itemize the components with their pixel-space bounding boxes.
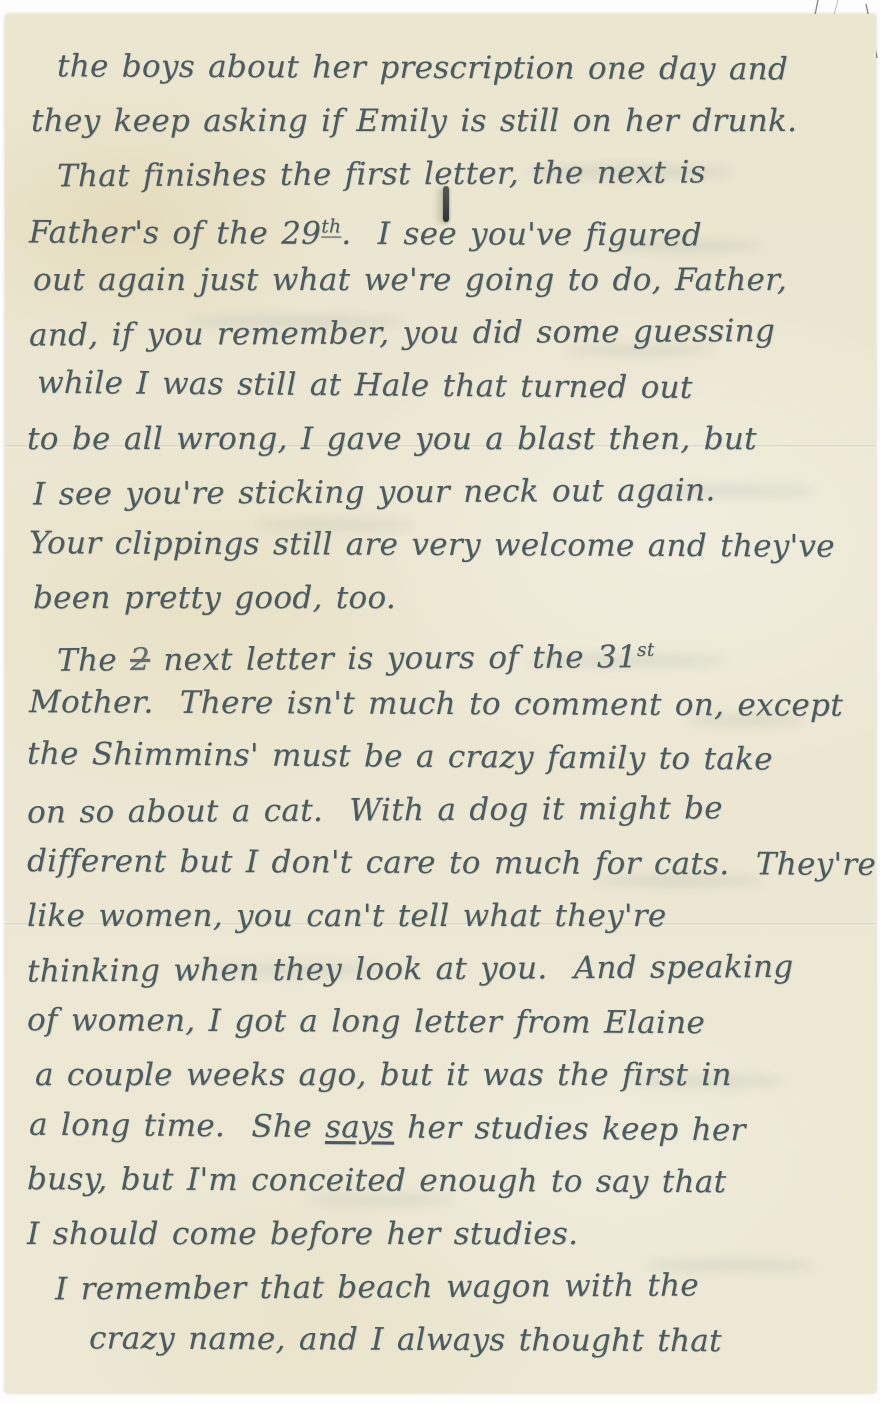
- letter-text-segment: 2: [130, 642, 150, 678]
- letter-line: they keep asking if Emily is still on he…: [27, 95, 869, 148]
- letter-text-segment: thinking when they look at you. And spea…: [27, 949, 794, 990]
- letter-text-segment: says: [325, 1109, 394, 1146]
- letter-line: I should come before her studies.: [27, 1208, 869, 1261]
- letter-line: on so about a cat. With a dog it might b…: [27, 781, 869, 839]
- letter-line: a long time. She says her studies keep h…: [27, 1099, 869, 1159]
- letter-line: busy, but I'm conceited enough to say th…: [27, 1153, 869, 1210]
- letter-line: I remember that beach wagon with the: [27, 1258, 869, 1316]
- letter-line: the boys about her prescription one day …: [27, 40, 869, 97]
- letter-line: and, if you remember, you did some guess…: [27, 304, 869, 362]
- letter-line: Your clippings still are very welcome an…: [27, 517, 869, 574]
- letter-page: the boys about her prescription one day …: [5, 14, 876, 1393]
- letter-text-segment: the Shimmins' must be a crazy family to …: [27, 736, 773, 778]
- letter-text-segment: Father's of the 29: [29, 215, 321, 252]
- letter-text-segment: Your clippings still are very welcome an…: [29, 525, 835, 565]
- letter-line: of women, I got a long letter from Elain…: [27, 994, 869, 1051]
- letter-lines: the boys about her prescription one day …: [27, 42, 869, 1367]
- letter-line: I see you're sticking your neck out agai…: [27, 463, 869, 521]
- letter-text-segment: to be all wrong, I gave you a blast then…: [27, 421, 757, 457]
- letter-text-segment: st: [637, 640, 655, 661]
- letter-line: the Shimmins' must be a crazy family to …: [27, 728, 869, 788]
- letter-line: That finishes the first letter, the next…: [27, 145, 869, 203]
- letter-line: a couple weeks ago, but it was the first…: [27, 1049, 869, 1102]
- letter-line: The 2 next letter is yours of the 31st: [27, 622, 869, 680]
- letter-line: out again just what we're going to do, F…: [27, 254, 869, 307]
- letter-text-segment: they keep asking if Emily is still on he…: [31, 103, 797, 139]
- letter-line: Mother. There isn't much to comment on, …: [27, 676, 869, 733]
- letter-text-segment: That finishes the first letter, the next…: [57, 154, 706, 194]
- letter-text-segment: the boys about her prescription one day …: [57, 48, 788, 87]
- letter-text-segment: a couple weeks ago, but it was the first…: [35, 1057, 732, 1093]
- letter-text-segment: been pretty good, too.: [33, 580, 396, 616]
- letter-line: thinking when they look at you. And spea…: [27, 940, 869, 998]
- letter-text-segment: . I see you've figured: [341, 216, 702, 254]
- letter-line: Father's of the 29th. I see you've figur…: [27, 199, 869, 256]
- letter-text-segment: on so about a cat. With a dog it might b…: [27, 790, 723, 830]
- letter-text-segment: different but I don't care to much for c…: [27, 843, 876, 883]
- letter-line: crazy name, and I always thought that: [27, 1312, 869, 1369]
- letter-text-segment: busy, but I'm conceited enough to say th…: [27, 1161, 727, 1200]
- letter-text-segment: her studies keep her: [394, 1110, 746, 1149]
- letter-text-segment: and, if you remember, you did some guess…: [29, 313, 775, 354]
- letter-text-segment: a long time. She: [29, 1107, 325, 1145]
- letter-text-segment: I see you're sticking your neck out agai…: [33, 472, 716, 512]
- letter-line: like women, you can't tell what they're: [27, 890, 869, 943]
- letter-text-segment: of women, I got a long letter from Elain…: [27, 1002, 705, 1041]
- letter-line: to be all wrong, I gave you a blast then…: [27, 413, 869, 466]
- letter-text-segment: next letter is yours of the 31: [150, 639, 637, 678]
- letter-text-segment: I should come before her studies.: [27, 1216, 578, 1252]
- letter-text-segment: th: [321, 216, 341, 237]
- letter-text-segment: The: [57, 642, 130, 678]
- letter-text-segment: out again just what we're going to do, F…: [33, 262, 787, 298]
- letter-text-segment: Mother. There isn't much to comment on, …: [29, 684, 843, 724]
- letter-text-segment: while I was still at Hale that turned ou…: [37, 365, 693, 406]
- letter-line: while I was still at Hale that turned ou…: [27, 357, 869, 417]
- letter-line: been pretty good, too.: [27, 572, 869, 625]
- letter-text-segment: like women, you can't tell what they're: [27, 898, 667, 934]
- letter-line: different but I don't care to much for c…: [27, 835, 869, 892]
- letter-text-segment: I remember that beach wagon with the: [55, 1267, 699, 1307]
- letter-text-segment: crazy name, and I always thought that: [89, 1320, 722, 1359]
